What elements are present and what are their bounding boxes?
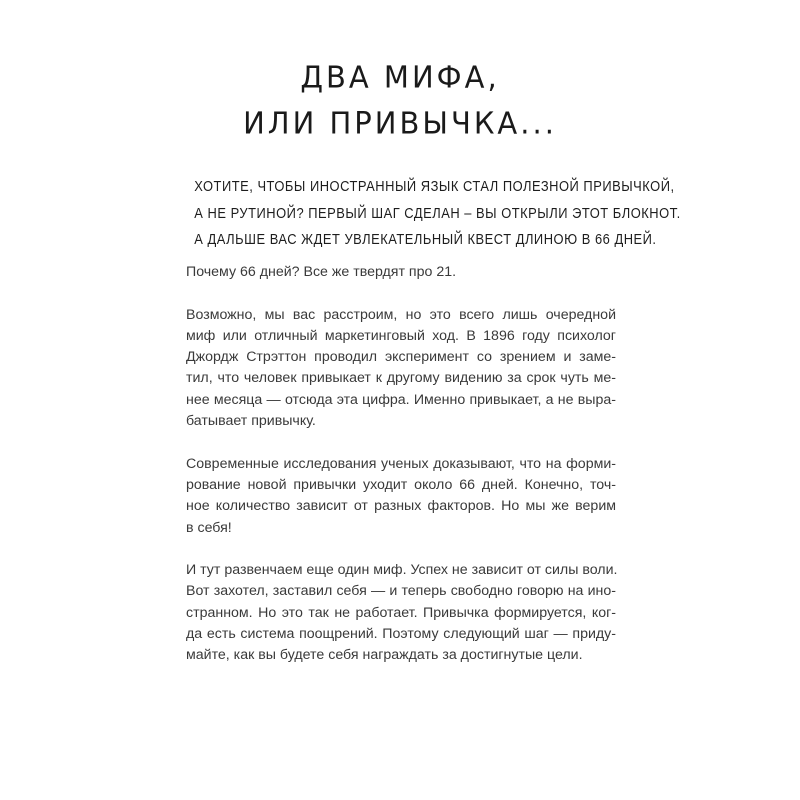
title-line-2: или привычка... [0,100,800,146]
book-page: Два мифа, или привычка... Хотите, чтобы … [0,0,800,800]
text-line: в себя! [186,518,616,539]
text-line: тил, что человек привыкает к другому вид… [186,368,616,389]
paragraph-research: Современные исследования ученых доказыва… [186,454,616,539]
text-line: странном. Но это так не работает. Привыч… [186,603,616,624]
lead-line-3: А дальше вас ждет увлекательный квест дл… [194,227,615,254]
text-line: Вот захотел, заставил себя — и теперь св… [186,581,616,602]
lead-line-1: Хотите, чтобы иностранный язык стал поле… [194,174,615,201]
text-line: да есть система поощрений. Поэтому следу… [186,624,616,645]
lead-line-2: а не рутиной? Первый шаг сделан – вы отк… [194,201,615,228]
lead-paragraph: Хотите, чтобы иностранный язык стал поле… [160,174,650,254]
text-line: Возможно, мы вас расстроим, но это всего… [186,305,616,326]
text-line: И тут развенчаем еще один миф. Успех не … [186,560,616,581]
page-title: Два мифа, или привычка... [0,54,800,146]
text-line: майте, как вы будете себя награждать за … [186,645,616,666]
text-line: нее месяца — отсюда эта цифра. Именно пр… [186,390,616,411]
text-line: Современные исследования ученых доказыва… [186,454,616,475]
text-line: батывает привычку. [186,411,616,432]
title-line-1: Два мифа, [0,54,800,100]
text-line: ное количество зависит от разных факторо… [186,496,616,517]
body-text: Почему 66 дней? Все же твердят про 21. В… [186,262,616,688]
text-line: рование новой привычки уходит около 66 д… [186,475,616,496]
paragraph-question: Почему 66 дней? Все же твердят про 21. [186,262,616,283]
text-line: Почему 66 дней? Все же твердят про 21. [186,262,616,283]
text-line: Джордж Стрэттон проводил эксперимент со … [186,347,616,368]
paragraph-willpower: И тут развенчаем еще один миф. Успех не … [186,560,616,666]
text-line: миф или отличный маркетинговый ход. В 18… [186,326,616,347]
paragraph-stratton: Возможно, мы вас расстроим, но это всего… [186,305,616,433]
